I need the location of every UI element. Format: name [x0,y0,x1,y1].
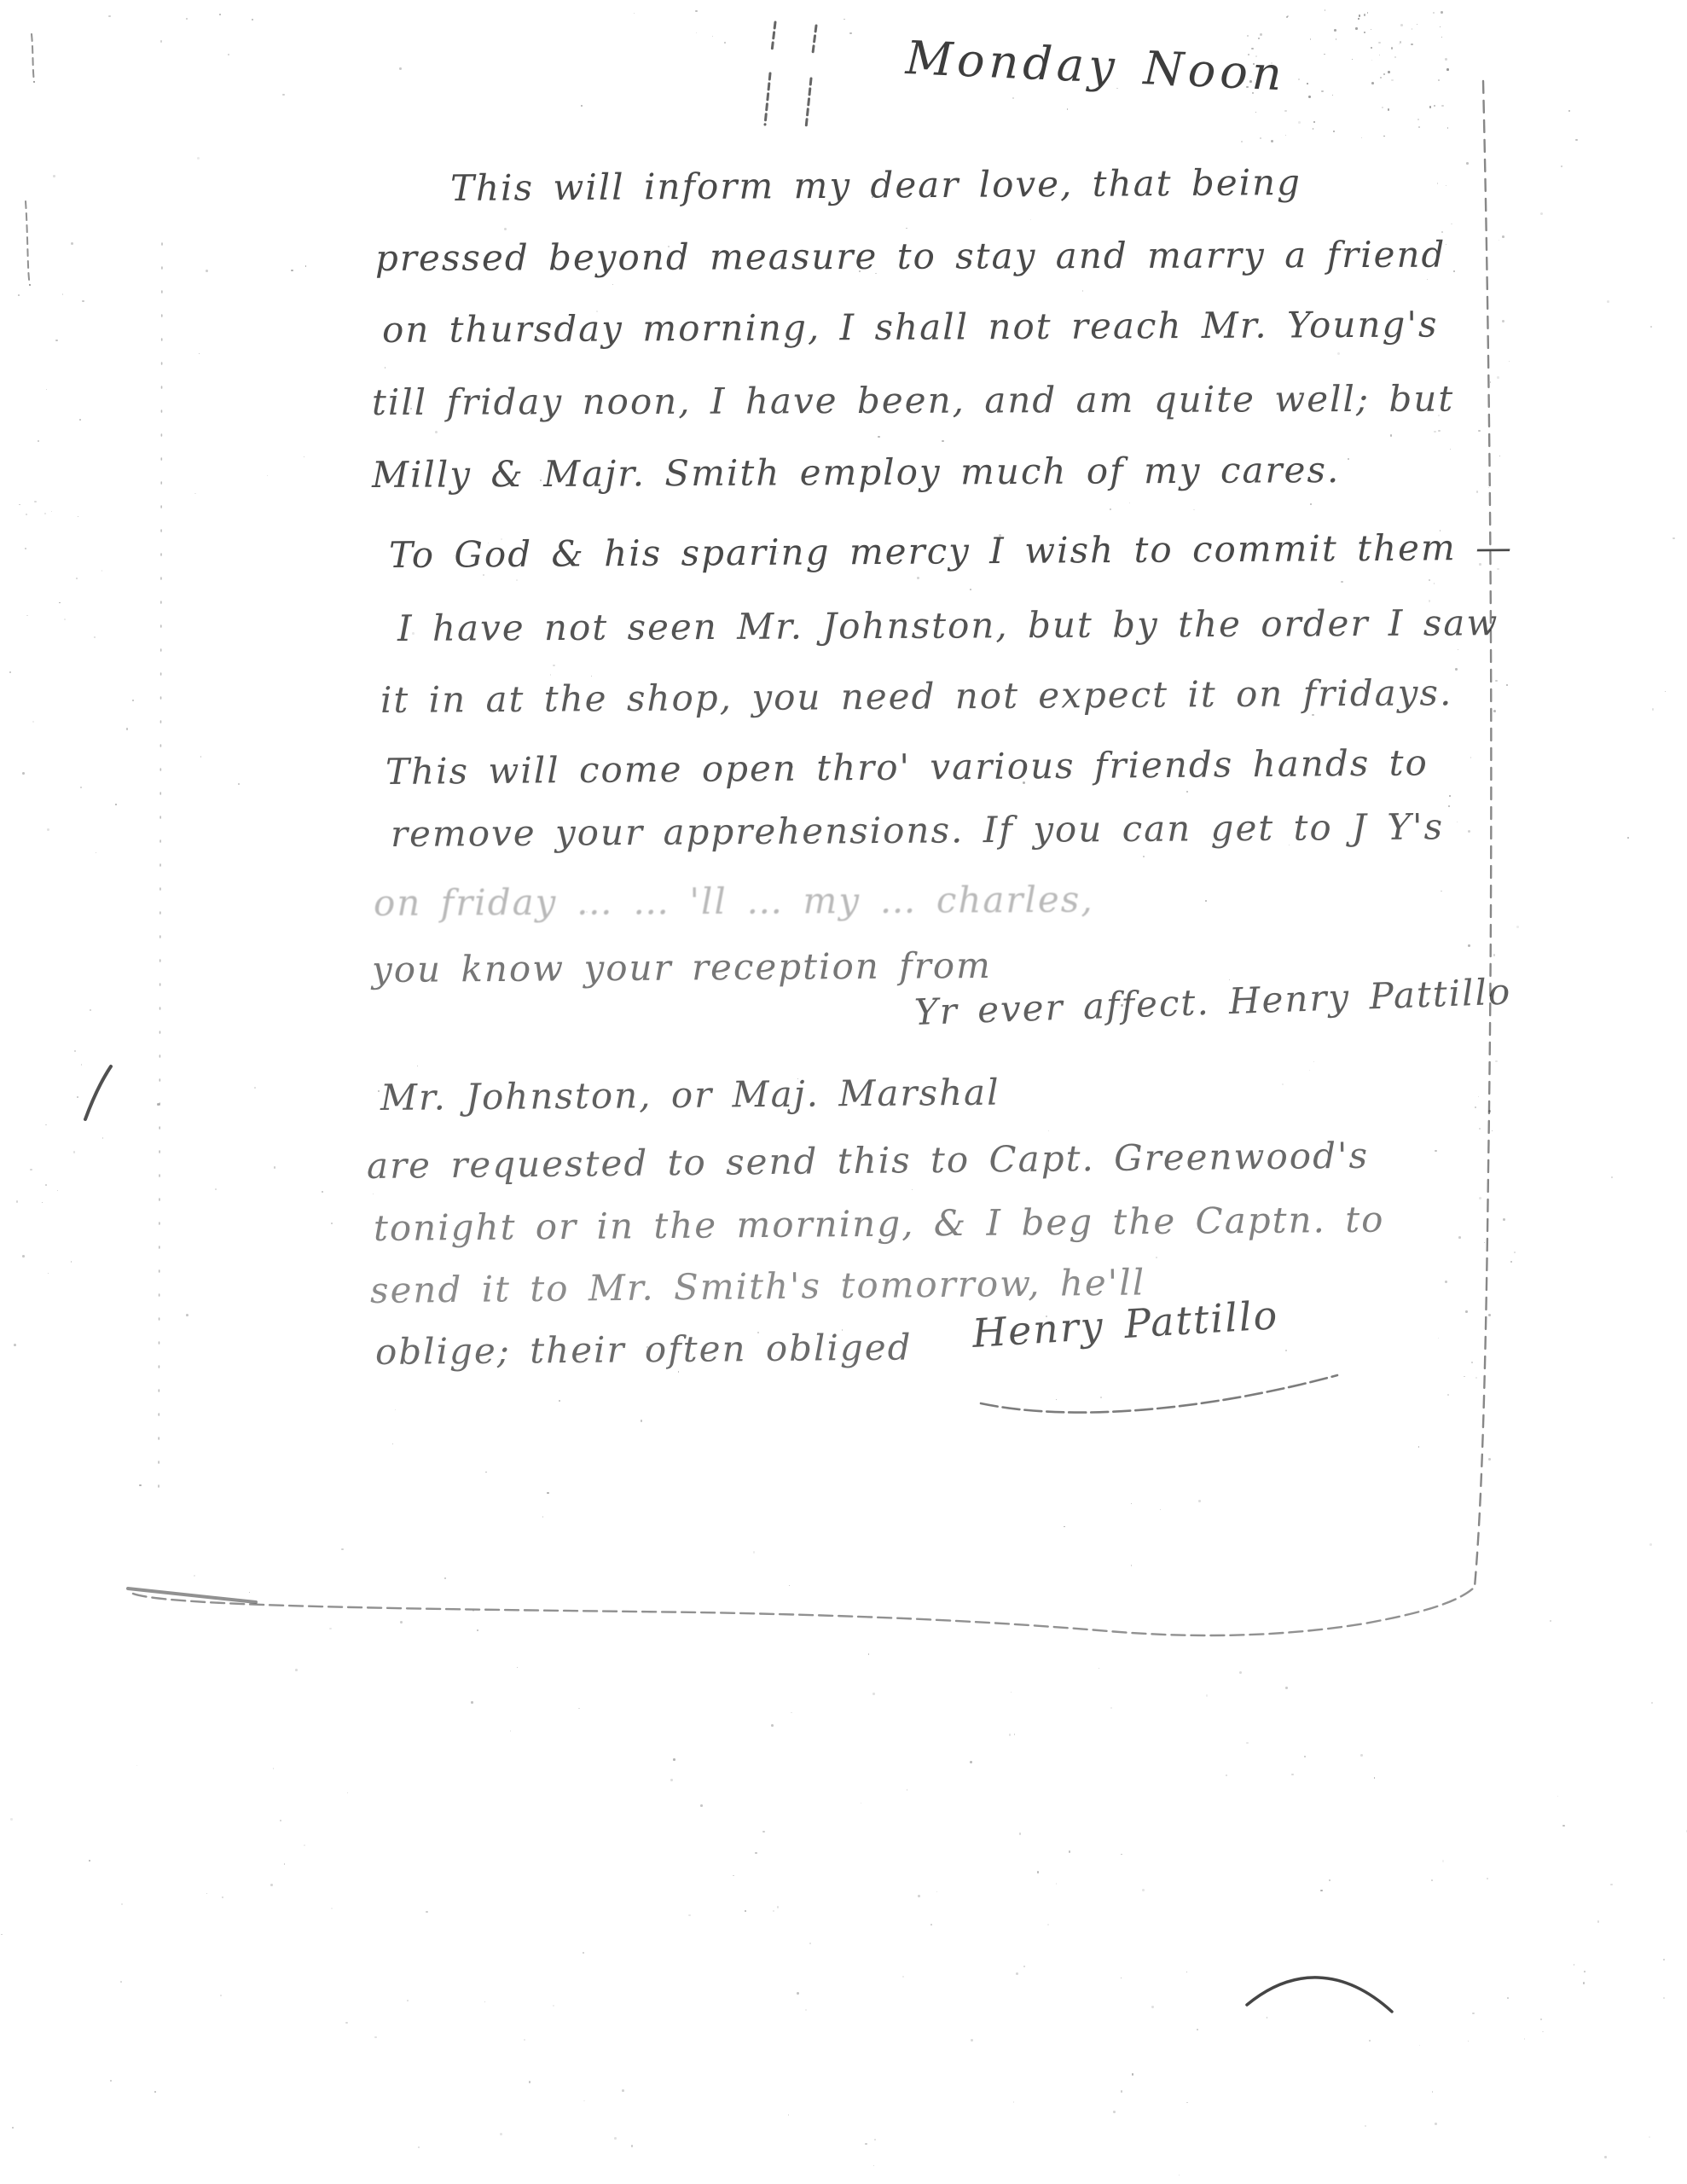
letter-line: on thursday morning, I shall not reach M… [382,304,1439,351]
letter-line: it in at the shop, you need not expect i… [380,671,1453,721]
letter-postscript-line: are requested to send this to Capt. Gree… [367,1135,1370,1187]
letter-line: Milly & Majr. Smith employ much of my ca… [372,449,1341,496]
scanned-letter-page: Monday NoonThis will inform my dear love… [0,0,1687,2184]
letter-line: you know your reception from [372,944,992,990]
letter-text-block: Monday NoonThis will inform my dear love… [0,0,1687,2184]
letter-postscript-line: Mr. Johnston, or Maj. Marshal [380,1072,1000,1118]
letter-line: To God & his sparing mercy I wish to com… [389,526,1513,576]
letter-line: pressed beyond measure to stay and marry… [375,234,1446,279]
letter-line: remove your apprehensions. If you can ge… [391,805,1444,855]
letter-line: This will inform my dear love, that bein… [450,161,1301,209]
letter-closing: Yr ever affect. Henry Pattillo [913,971,1512,1033]
letter-line: This will come open thro' various friend… [386,741,1429,793]
letter-postscript-line: tonight or in the morning, & I beg the C… [374,1199,1385,1249]
letter-postscript-line: send it to Mr. Smith's tomorrow, he'll [370,1261,1146,1311]
letter-line: till friday noon, I have been, and am qu… [372,378,1454,423]
letter-dateline: Monday Noon [905,31,1287,101]
letter-line: on friday … … 'll … my … charles, [374,879,1094,924]
letter-line: I have not seen Mr. Johnston, but by the… [397,601,1499,649]
letter-postscript-line: oblige; their often obliged [375,1327,913,1373]
